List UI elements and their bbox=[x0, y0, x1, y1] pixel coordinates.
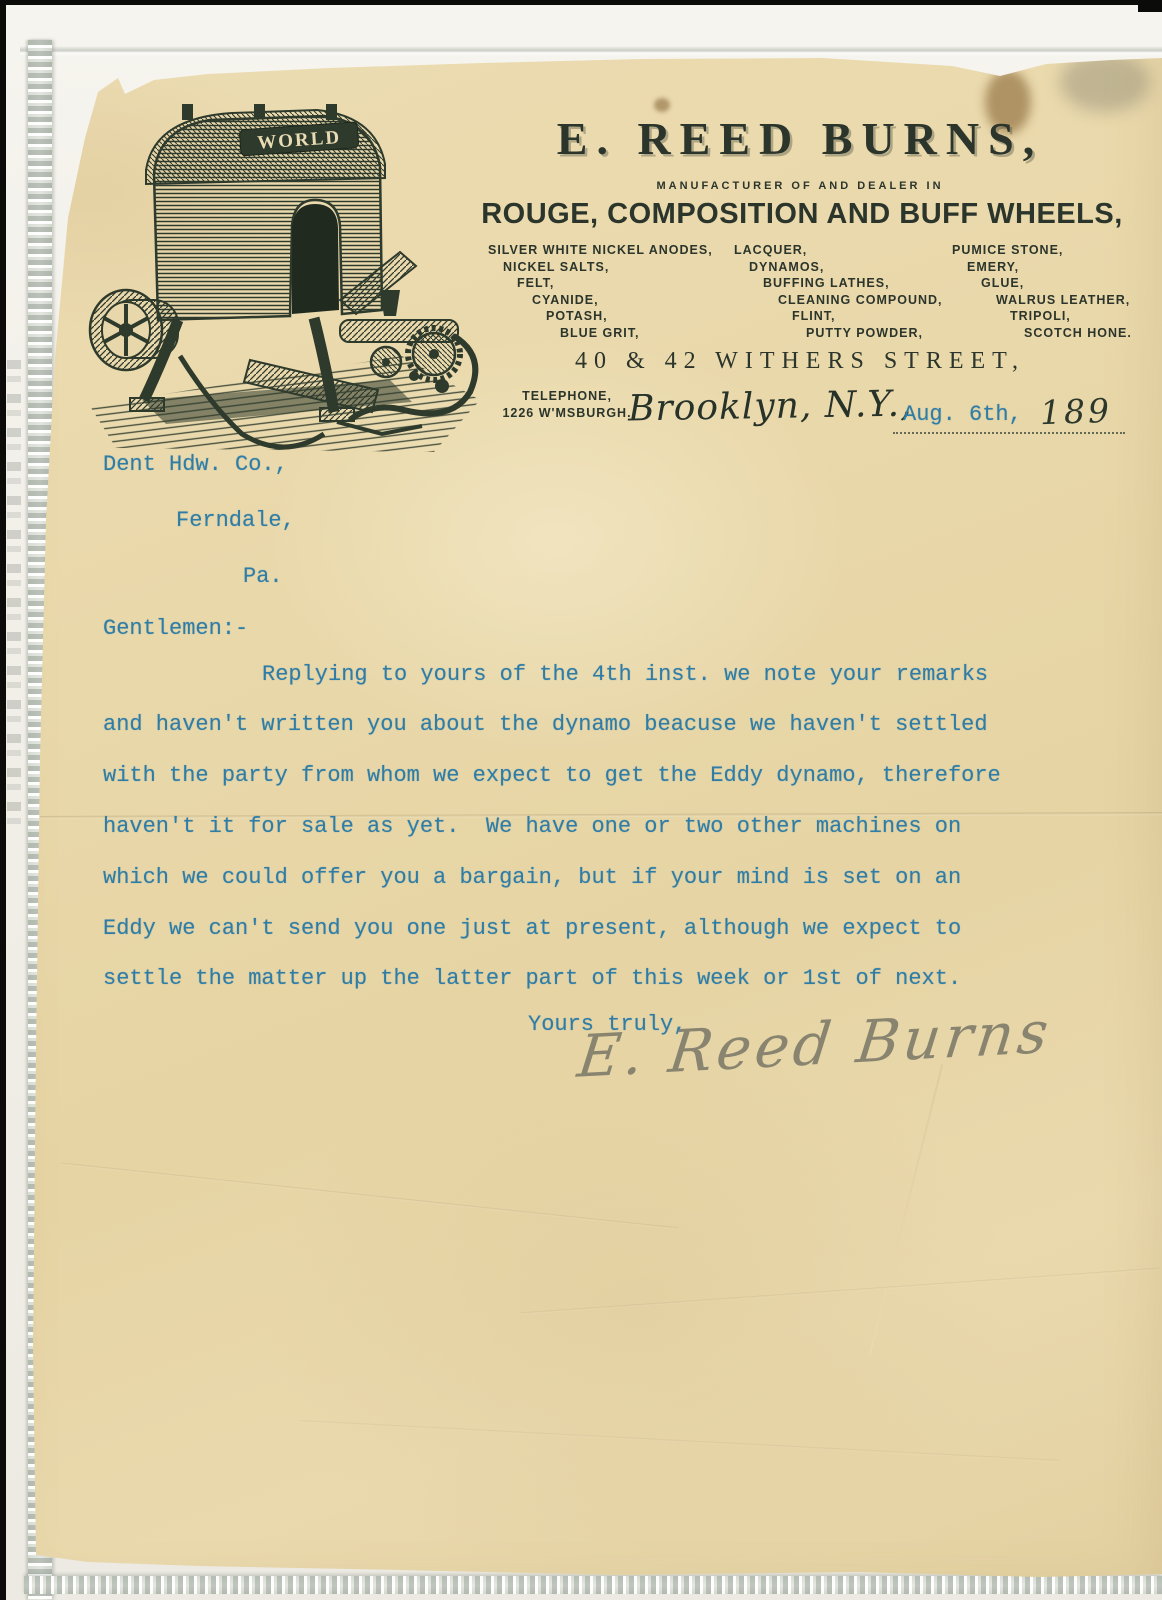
engraving-drum: WORLD bbox=[146, 104, 385, 320]
products-title: ROUGE, COMPOSITION AND BUFF WHEELS, bbox=[468, 198, 1136, 231]
body-line: with the party from whom we expect to ge… bbox=[103, 763, 1001, 788]
sleeve-seam-bottom bbox=[24, 1576, 1162, 1594]
product-item: WALRUS LEATHER, bbox=[996, 292, 1136, 309]
product-item: BLUE GRIT, bbox=[560, 325, 734, 342]
telephone-line: 1226 W'MSBURGH. bbox=[502, 405, 632, 422]
product-column: SILVER WHITE NICKEL ANODES, NICKEL SALTS… bbox=[488, 242, 734, 341]
body-line: which we could offer you a bargain, but … bbox=[103, 865, 961, 890]
printed-year: 189 bbox=[1039, 391, 1112, 432]
company-tagline: MANUFACTURER OF AND DEALER IN bbox=[470, 180, 1130, 192]
product-item: CLEANING COMPOUND, bbox=[778, 292, 952, 309]
product-item: PUMICE STONE, bbox=[952, 242, 1136, 259]
product-item: TRIPOLI, bbox=[1010, 308, 1136, 325]
fold-crease bbox=[869, 1064, 944, 1356]
fold-crease bbox=[300, 1420, 1059, 1462]
product-list: SILVER WHITE NICKEL ANODES, NICKEL SALTS… bbox=[488, 242, 1136, 341]
product-item: FLINT, bbox=[792, 308, 952, 325]
product-item: NICKEL SALTS, bbox=[503, 259, 734, 276]
company-name: E. REED BURNS, bbox=[470, 112, 1130, 165]
street-address: 40 & 42 WITHERS STREET, bbox=[470, 348, 1130, 375]
product-item: SILVER WHITE NICKEL ANODES, bbox=[488, 242, 734, 259]
body-line: haven't it for sale as yet. We have one … bbox=[103, 814, 961, 839]
recipient-city: Ferndale, bbox=[176, 508, 295, 533]
recipient-state: Pa. bbox=[243, 564, 283, 589]
product-item: GLUE, bbox=[981, 275, 1136, 292]
typed-date: Aug. 6th, bbox=[903, 402, 1022, 427]
salutation: Gentlemen:- bbox=[103, 616, 248, 641]
telephone-line: TELEPHONE, bbox=[502, 388, 632, 405]
body-line: settle the matter up the latter part of … bbox=[103, 966, 961, 991]
product-column: PUMICE STONE, EMERY, GLUE, WALRUS LEATHE… bbox=[952, 242, 1136, 341]
product-item: FELT, bbox=[517, 275, 734, 292]
sleeve-fold bbox=[20, 46, 1162, 56]
city-dateline-script: Brooklyn, N.Y., bbox=[628, 384, 913, 430]
fold-crease bbox=[521, 1268, 1160, 1315]
dynamo-engraving: WORLD bbox=[82, 104, 482, 464]
product-column: LACQUER, DYNAMOS, BUFFING LATHES, CLEANI… bbox=[734, 242, 952, 341]
product-item: EMERY, bbox=[967, 259, 1136, 276]
product-item: CYANIDE, bbox=[532, 292, 734, 309]
fold-crease bbox=[62, 1163, 679, 1230]
sleeve-printed-marking bbox=[7, 360, 21, 830]
product-item: POTASH, bbox=[546, 308, 734, 325]
telephone-block: TELEPHONE, 1226 W'MSBURGH. bbox=[502, 388, 632, 422]
stain bbox=[654, 98, 670, 112]
product-item: SCOTCH HONE. bbox=[1024, 325, 1136, 342]
scanned-letter-page: WORLD bbox=[0, 0, 1162, 1600]
body-line: Eddy we can't send you one just at prese… bbox=[103, 916, 961, 941]
scan-corner bbox=[1138, 0, 1162, 12]
product-item: LACQUER, bbox=[734, 242, 952, 259]
product-item: DYNAMOS, bbox=[749, 259, 952, 276]
body-line: and haven't written you about the dynamo… bbox=[103, 712, 988, 737]
product-item: PUTTY POWDER, bbox=[806, 325, 952, 342]
product-item: BUFFING LATHES, bbox=[763, 275, 952, 292]
body-line: Replying to yours of the 4th inst. we no… bbox=[262, 662, 988, 687]
recipient-name: Dent Hdw. Co., bbox=[103, 452, 288, 477]
